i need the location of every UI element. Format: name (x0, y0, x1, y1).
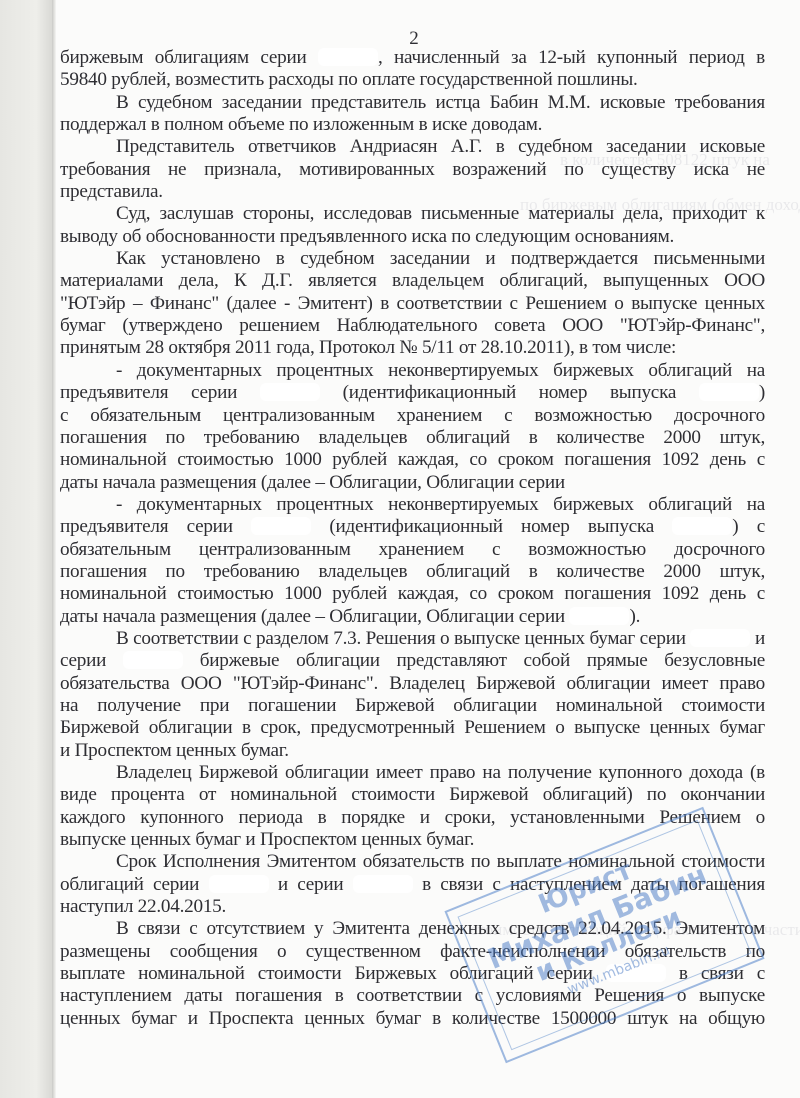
document-line: обязательным централизованным хранением … (60, 539, 765, 561)
document-line: ценных бумаг и Проспекта ценных бумаг в … (60, 1008, 765, 1030)
redacted-series-code (672, 517, 732, 535)
document-line: выводу об обоснованности предъявленного … (60, 226, 765, 248)
scan-shadow-strip (0, 0, 52, 1098)
document-line: виде процента от номинальной стоимости Б… (60, 784, 765, 806)
document-line: Представитель ответчиков Андриасян А.Г. … (60, 136, 765, 158)
document-line: принятым 28 октября 2011 года, Протокол … (60, 337, 765, 359)
document-line: материалами дела, К Д.Г. является владел… (60, 270, 765, 292)
document-line: - документарных процентных неконвертируе… (60, 360, 765, 382)
document-line: погашения по требованию владельцев облиг… (60, 427, 765, 449)
document-line: на получение при погашении Биржевой обли… (60, 695, 765, 717)
document-line: серии биржевые облигации представляют со… (60, 650, 765, 672)
document-line: поддержал в полном объеме по изложенным … (60, 114, 765, 136)
document-line: предъявителя серии (идентификационный но… (60, 382, 765, 404)
document-line: даты начала размещения (далее – Облигаци… (60, 606, 765, 628)
document-line: и Проспектом ценных бумаг. (60, 740, 765, 762)
redacted-series-code (699, 383, 759, 401)
redacted-series-code (690, 629, 750, 647)
document-line: "ЮТэйр – Финанс" (далее - Эмитент) в соо… (60, 293, 765, 315)
document-line: номинальной стоимостью 1000 рублей кажда… (60, 583, 765, 605)
redacted-series-code (353, 875, 413, 893)
scan-page-edge (52, 0, 56, 1098)
document-line: обязательства ООО "ЮТэйр-Финанс". Владел… (60, 673, 765, 695)
document-line: представила. (60, 181, 765, 203)
document-line: Владелец Биржевой облигации имеет право … (60, 762, 765, 784)
document-line: Как установлено в судебном заседании и п… (60, 248, 765, 270)
redacted-series-code (260, 383, 320, 401)
document-line: бумаг (утверждено решением Наблюдательно… (60, 315, 765, 337)
document-line: Биржевой облигации в срок, предусмотренн… (60, 717, 765, 739)
document-line: биржевым облигациям серии , начисленный … (60, 47, 765, 69)
document-line: предъявителя серии (идентификационный но… (60, 516, 765, 538)
document-line: требования не признала, мотивированных в… (60, 159, 765, 181)
redacted-series-code (318, 48, 378, 66)
document-line: с обязательным централизованным хранение… (60, 405, 765, 427)
document-line: Суд, заслушав стороны, исследовав письме… (60, 203, 765, 225)
document-line: В соответствии с разделом 7.3. Решения о… (60, 628, 765, 650)
redacted-series-code (251, 517, 311, 535)
document-line: даты начала размещения (далее – Облигаци… (60, 472, 765, 494)
redacted-series-code (569, 607, 629, 625)
redacted-series-code (209, 875, 269, 893)
document-line: 59840 рублей, возместить расходы по опла… (60, 69, 765, 91)
document-line: - документарных процентных неконвертируе… (60, 494, 765, 516)
document-line: номинальной стоимостью 1000 рублей кажда… (60, 449, 765, 471)
document-line: В судебном заседании представитель истца… (60, 92, 765, 114)
document-line: погашения по требованию владельцев облиг… (60, 561, 765, 583)
redacted-series-code (123, 651, 183, 669)
